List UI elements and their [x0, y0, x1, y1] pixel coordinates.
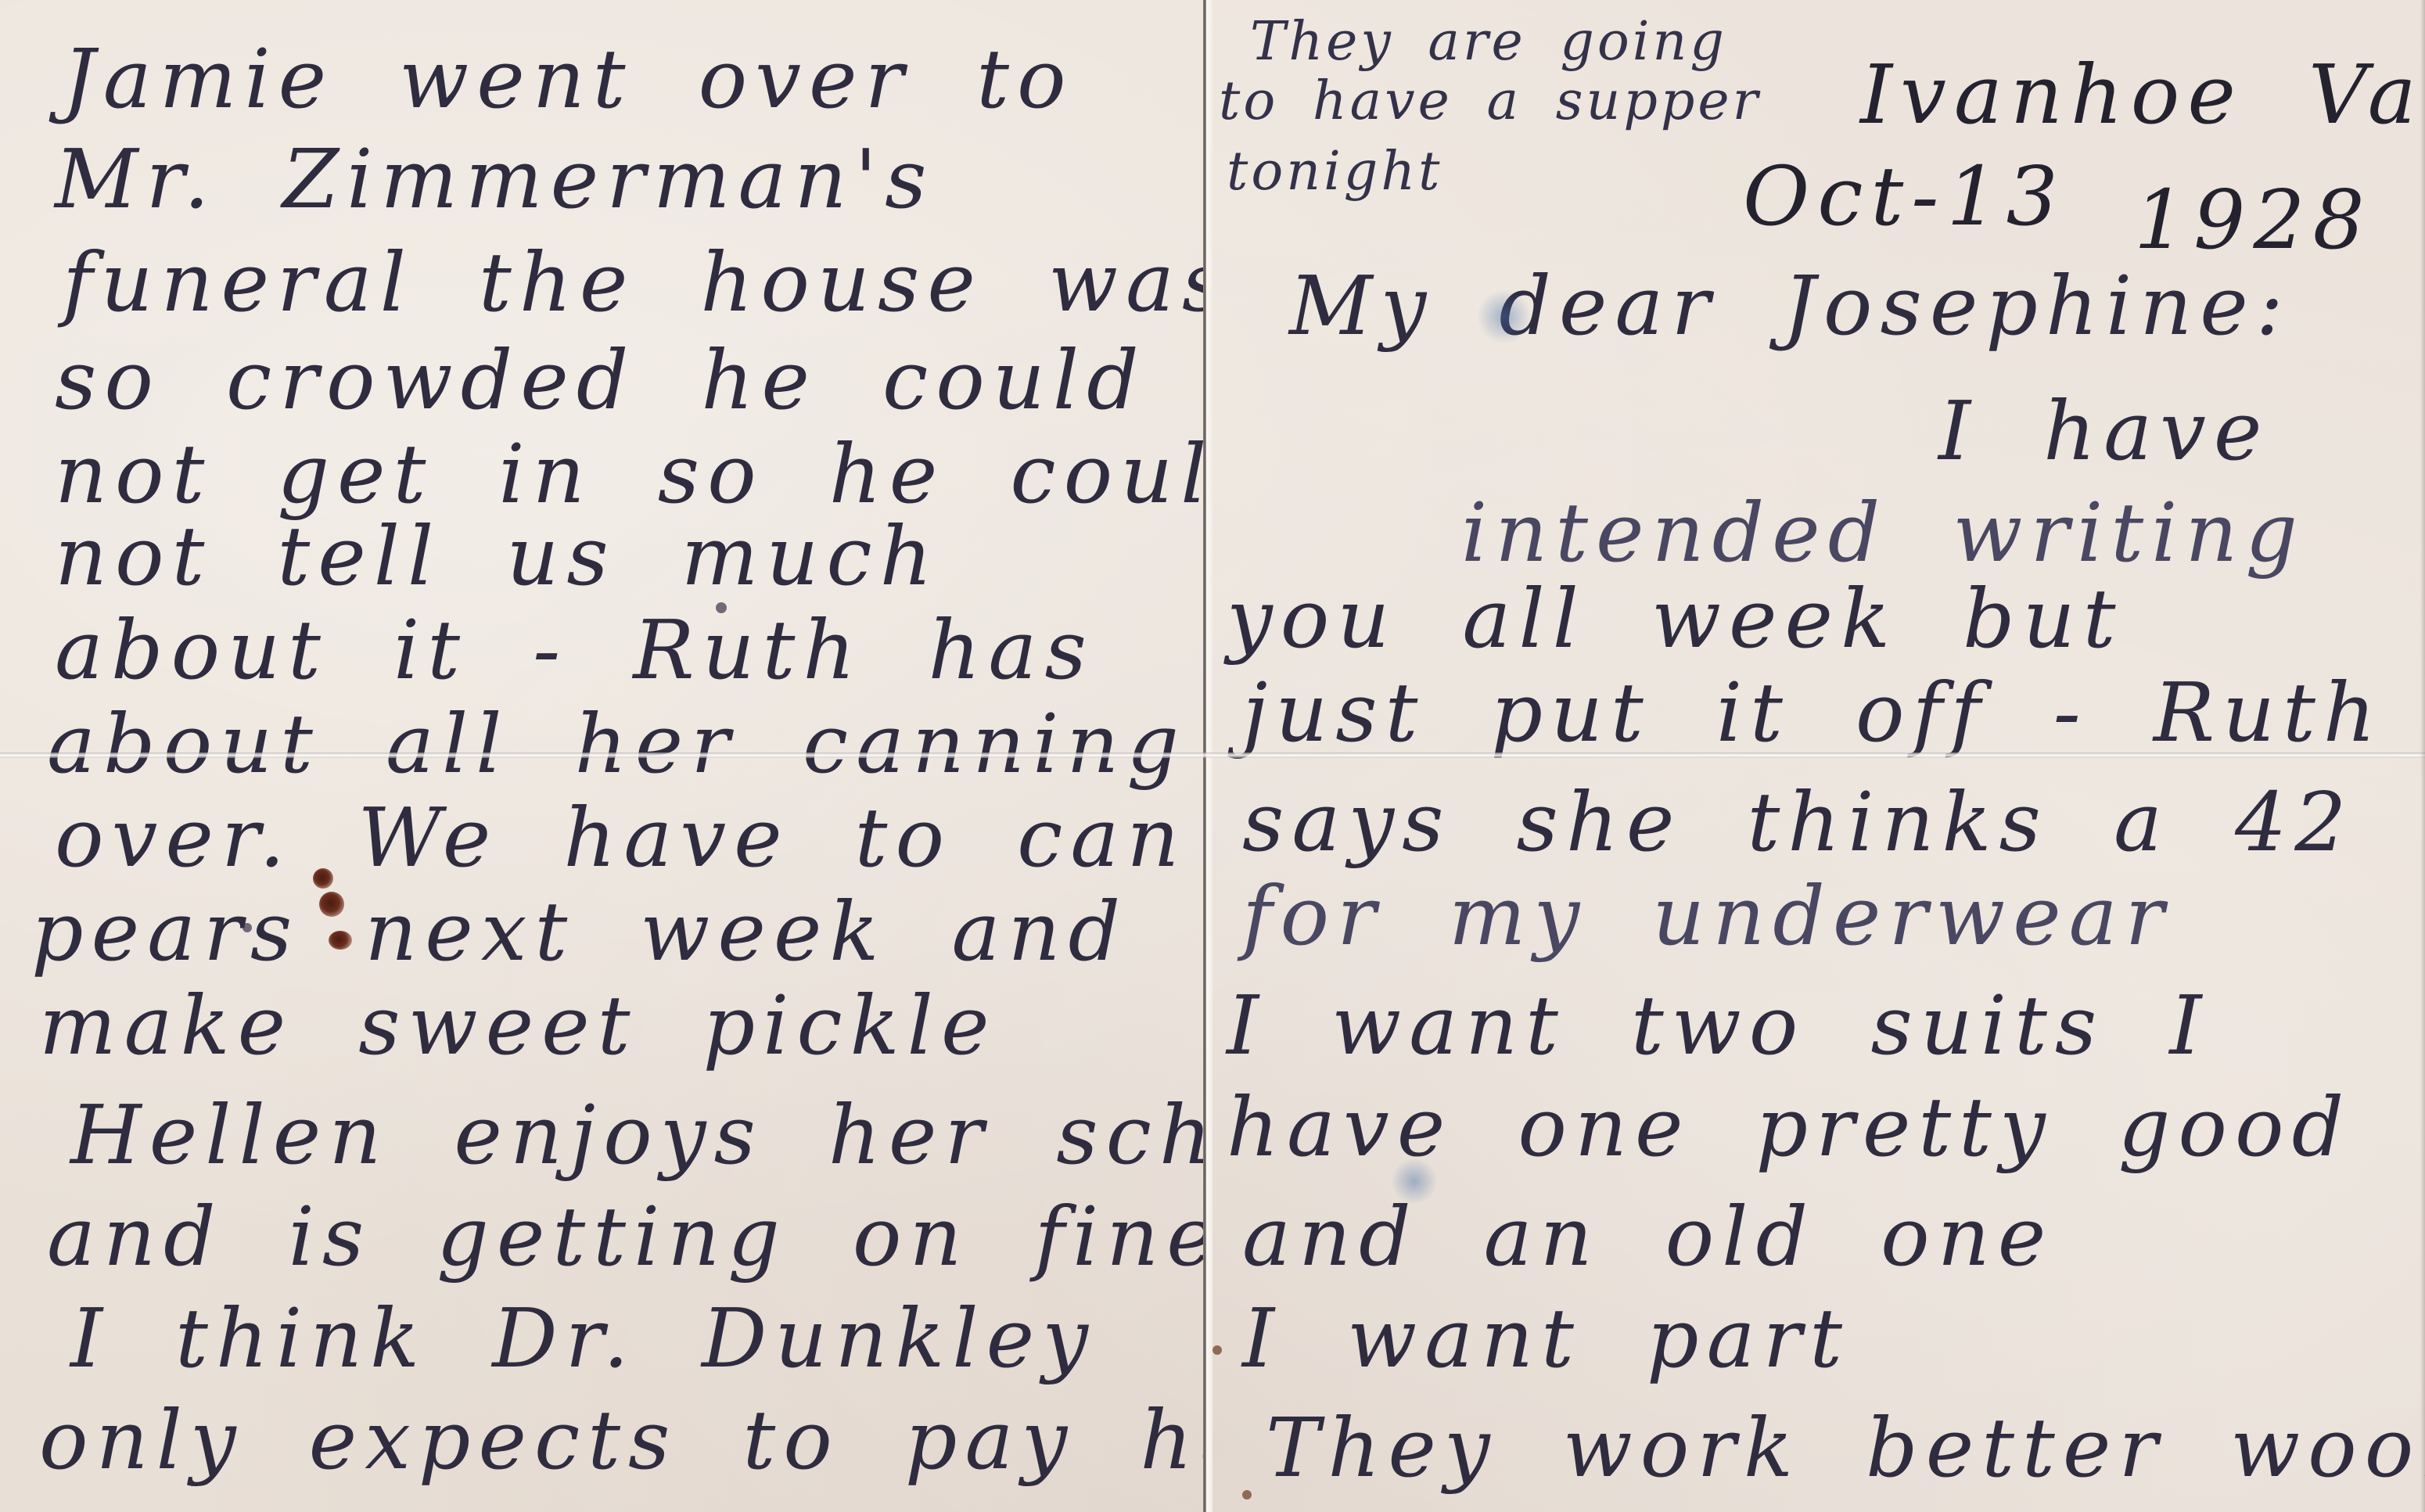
right-line-2: intended writing — [1461, 485, 2305, 580]
right-line-5: says she thinks a 42 — [1242, 774, 2354, 870]
letter-sheet: Jamie went over to Mr. Zimmerman's funer… — [0, 0, 2425, 1512]
ink-stain — [313, 868, 333, 889]
paper-edge — [2420, 0, 2425, 1512]
left-line-6: not tell us much — [55, 508, 940, 604]
right-line-3: you all week but — [1227, 571, 2124, 666]
left-line-9: over. We have to can — [55, 790, 1187, 885]
ink-stain — [319, 892, 344, 917]
left-line-8: about all her canning — [47, 696, 1187, 792]
left-line-11: make sweet pickle — [39, 978, 997, 1073]
right-line-11: They work better wool — [1266, 1400, 2425, 1496]
margin-note-line-1: They are going — [1250, 11, 1727, 73]
right-line-8: have one pretty good — [1227, 1079, 2351, 1175]
ink-speck — [242, 923, 252, 932]
left-line-10: pears next week and — [31, 884, 1128, 979]
margin-note-line-2: to have a supper — [1219, 70, 1761, 132]
right-line-1: I have — [1938, 383, 2269, 479]
ink-smudge — [1477, 289, 1532, 344]
left-line-4: so crowded he could — [55, 332, 1147, 428]
right-line-10: I want part — [1242, 1291, 1850, 1386]
left-line-15: only expects to pay half — [39, 1392, 1205, 1488]
heading-year: 1928 — [2134, 172, 2373, 268]
ink-speck — [716, 602, 727, 613]
left-line-5: not get in so he could — [55, 426, 1205, 522]
left-line-2: Mr. Zimmerman's — [55, 131, 934, 227]
left-line-12: Hellen enjoys her school — [70, 1087, 1205, 1183]
right-line-9: and an old one — [1242, 1189, 2053, 1284]
heading-date: Oct-13 — [1743, 149, 2066, 244]
stain-speck — [1212, 1345, 1222, 1355]
right-line-4: just put it off - Ruth — [1242, 665, 2384, 760]
right-line-6: for my underwear — [1242, 868, 2172, 964]
left-line-3: funeral the house was — [63, 235, 1205, 330]
ink-smudge — [1391, 1158, 1438, 1205]
salutation: My dear Josephine: — [1289, 258, 2291, 354]
heading-place: Ivanhoe Va, — [1860, 47, 2425, 142]
stain-speck — [1242, 1490, 1252, 1499]
left-line-7: about it - Ruth has — [55, 602, 1094, 698]
right-line-7: I want two suits I — [1227, 978, 2209, 1073]
left-line-14: I think Dr. Dunkley — [70, 1291, 1096, 1386]
left-line-1: Jamie went over to — [63, 31, 1074, 127]
left-line-13: and is getting on fine — [47, 1189, 1205, 1284]
margin-note-line-3: tonight — [1227, 141, 1442, 203]
ink-stain — [329, 931, 352, 950]
horizontal-fold — [0, 752, 2425, 758]
